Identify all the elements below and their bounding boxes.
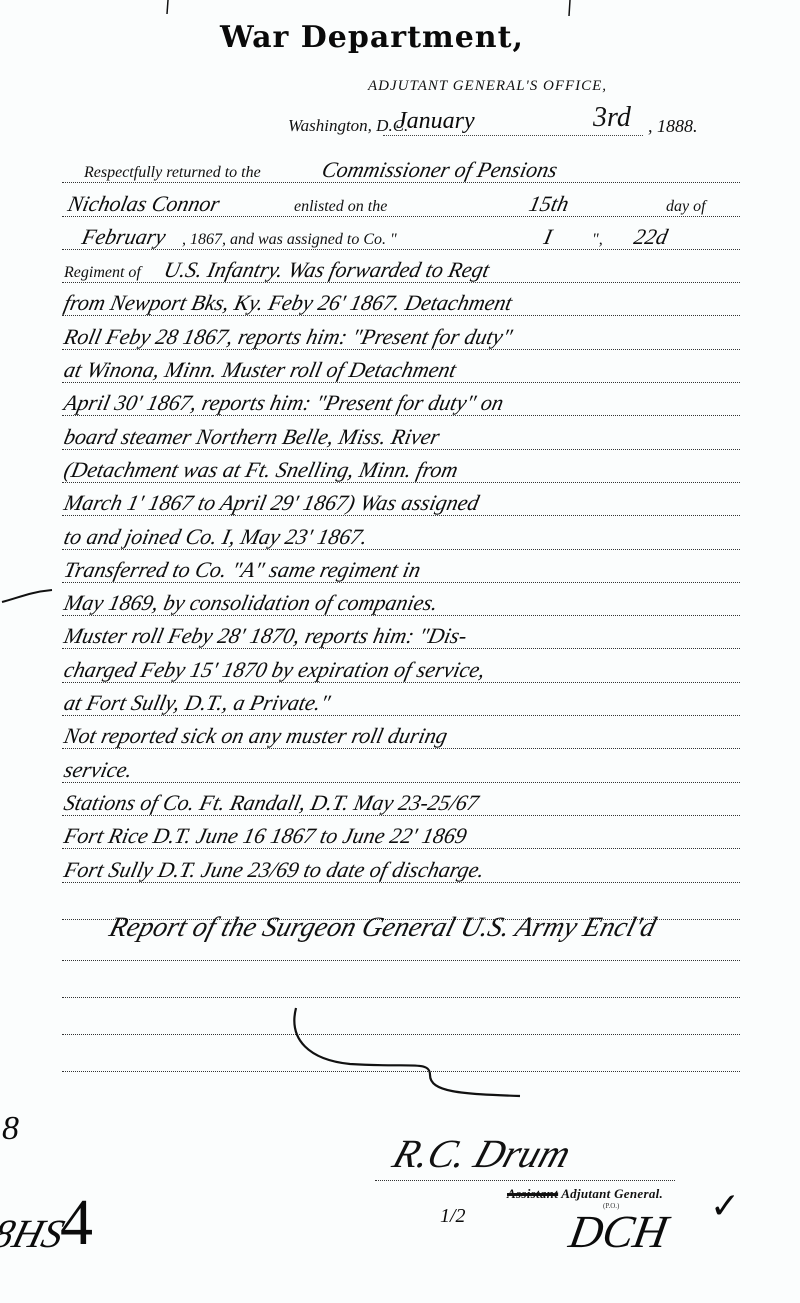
check-mark-icon: ✓ (710, 1185, 740, 1227)
margin-number: 4 (60, 1185, 93, 1261)
signature: R.C. Drum (387, 1130, 577, 1177)
top-edge-mark (160, 0, 180, 20)
handwritten-text: February (80, 226, 168, 248)
place-label: Washington, D.C. (288, 116, 408, 136)
handwritten-text: Not reported sick on any muster roll dur… (62, 725, 449, 747)
handwritten-text: Nicholas Connor (66, 193, 222, 215)
date-year: , 1888. (648, 116, 698, 137)
report-note: Report of the Surgeon General U.S. Army … (106, 912, 659, 944)
printed-text: ", (592, 232, 603, 248)
body-line: Fort Rice D.T. June 16 1867 to June 22' … (62, 816, 740, 849)
clerk-initials: DCH (565, 1205, 671, 1258)
document-page: War Department, ADJUTANT GENERAL'S OFFIC… (0, 0, 800, 1303)
struck-title-word: Assistant (507, 1186, 558, 1201)
body-line: Not reported sick on any muster roll dur… (62, 716, 740, 749)
body-line: April 30' 1867, reports him: "Present fo… (62, 383, 740, 416)
title-text: Adjutant General. (558, 1186, 663, 1201)
body-line-blank (62, 961, 740, 998)
signature-dotted-line (375, 1180, 675, 1181)
body-line: Stations of Co. Ft. Randall, D.T. May 23… (62, 783, 740, 816)
handwritten-text: service. (62, 759, 134, 781)
handwritten-text: Roll Feby 28 1867, reports him: "Present… (62, 326, 514, 348)
body-line: March 1' 1867 to April 29' 1867) Was ass… (62, 483, 740, 516)
handwritten-text: March 1' 1867 to April 29' 1867) Was ass… (62, 492, 481, 514)
handwritten-text: at Fort Sully, D.T., a Private." (62, 692, 332, 714)
flourish-stroke (290, 1000, 530, 1100)
handwritten-text: at Winona, Minn. Muster roll of Detachme… (62, 359, 458, 381)
body-line: at Fort Sully, D.T., a Private." (62, 683, 740, 716)
body-line: Transferred to Co. "A" same regiment in (62, 550, 740, 583)
handwritten-text: 22d (632, 226, 670, 248)
handwritten-text: from Newport Bks, Ky. Feby 26' 1867. Det… (62, 292, 514, 314)
printed-text: , 1867, and was assigned to Co. " (182, 232, 397, 248)
handwritten-text: Fort Rice D.T. June 16 1867 to June 22' … (62, 825, 469, 847)
body-line: Muster roll Feby 28' 1870, reports him: … (62, 616, 740, 649)
body-line: from Newport Bks, Ky. Feby 26' 1867. Det… (62, 283, 740, 316)
printed-text: Respectfully returned to the (84, 165, 261, 181)
dateline: Washington, D.C. January 3rd , 1888. (288, 108, 718, 142)
date-dotted-line (383, 135, 643, 136)
handwritten-text: Fort Sully D.T. June 23/69 to date of di… (62, 859, 486, 881)
handwritten-text: Stations of Co. Ft. Randall, D.T. May 23… (62, 792, 481, 814)
body-line: charged Feby 15' 1870 by expiration of s… (62, 649, 740, 682)
handwritten-text: (Detachment was at Ft. Snelling, Minn. f… (62, 459, 460, 481)
body-line: Respectfully returned to the Commissione… (62, 150, 740, 183)
fraction-mark: 1/2 (440, 1205, 466, 1228)
printed-text: Regiment of (64, 265, 141, 281)
signature-title: Assistant Adjutant General. (507, 1186, 663, 1202)
printed-text: enlisted on the (294, 199, 387, 215)
handwritten-text: April 30' 1867, reports him: "Present fo… (62, 392, 506, 414)
body-line: to and joined Co. I, May 23' 1867. (62, 516, 740, 549)
office-name: ADJUTANT GENERAL'S OFFICE, (368, 78, 607, 95)
body-line: service. (62, 749, 740, 782)
handwritten-text: to and joined Co. I, May 23' 1867. (62, 526, 370, 548)
body-line: February , 1867, and was assigned to Co.… (62, 217, 740, 250)
body-line: Nicholas Connor enlisted on the 15th day… (62, 183, 740, 216)
handwritten-text: charged Feby 15' 1870 by expiration of s… (62, 659, 487, 681)
body-line: Roll Feby 28 1867, reports him: "Present… (62, 316, 740, 349)
date-day: 3rd (593, 102, 631, 134)
body-line: at Winona, Minn. Muster roll of Detachme… (62, 350, 740, 383)
top-edge-mark (560, 0, 580, 24)
letterhead-title: War Department, (220, 20, 524, 55)
handwritten-text: Transferred to Co. "A" same regiment in (62, 559, 423, 581)
printed-text: day of (666, 199, 706, 215)
margin-mark-top: 8 (2, 1110, 19, 1148)
margin-mark-bottom: 8HS (0, 1210, 69, 1257)
handwritten-text: Commissioner of Pensions (320, 159, 559, 181)
body-line: Regiment of U.S. Infantry. Was forwarded… (62, 250, 740, 283)
handwritten-text: I (542, 226, 554, 248)
handwritten-text: Muster roll Feby 28' 1870, reports him: … (62, 625, 469, 647)
body-line: board steamer Northern Belle, Miss. Rive… (62, 416, 740, 449)
date-month: January (396, 108, 475, 135)
handwritten-text: May 1869, by consolidation of companies. (62, 592, 440, 614)
margin-dash-stroke (0, 580, 60, 610)
handwritten-text: board steamer Northern Belle, Miss. Rive… (62, 426, 442, 448)
handwritten-text: U.S. Infantry. Was forwarded to Regt (162, 259, 491, 281)
handwritten-text: 15th (527, 193, 571, 215)
body-line: (Detachment was at Ft. Snelling, Minn. f… (62, 450, 740, 483)
body-line: May 1869, by consolidation of companies. (62, 583, 740, 616)
body-line: Fort Sully D.T. June 23/69 to date of di… (62, 849, 740, 882)
